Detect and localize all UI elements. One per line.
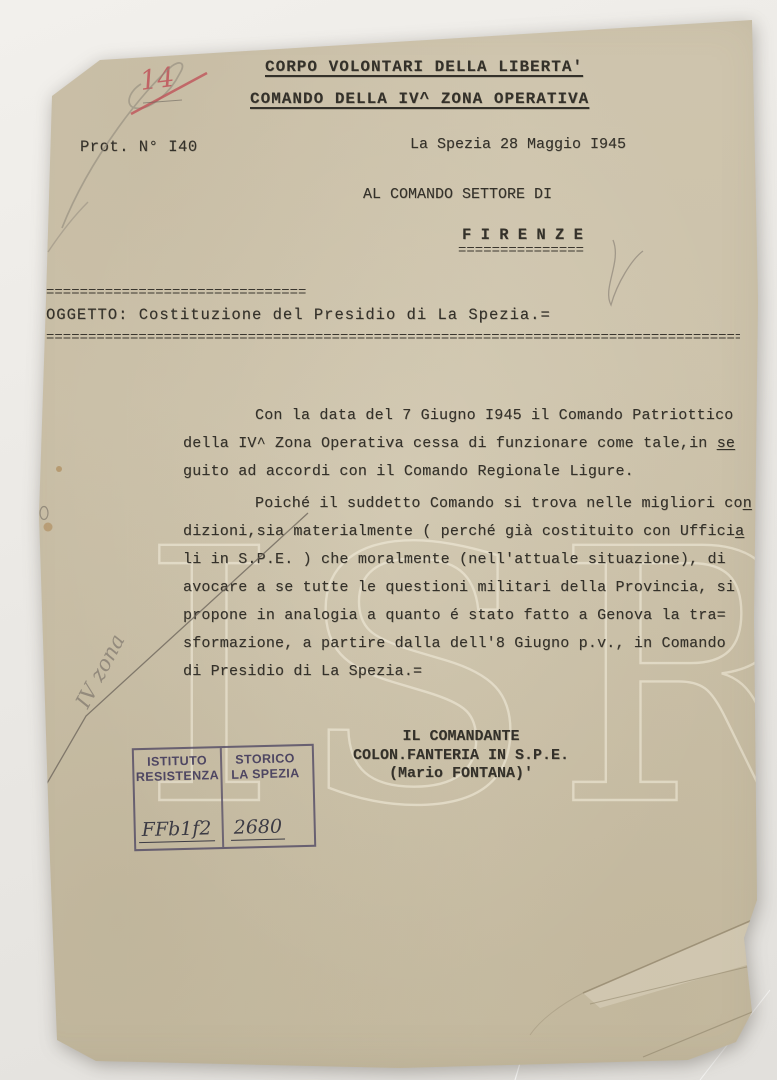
scanned-document-page: ISR CORPO VOLONTARI DELLA LIBERTA' COMAN…	[0, 0, 777, 1080]
pencil-oval-mark	[40, 507, 48, 520]
pencil-scribble	[62, 63, 182, 228]
foxing-spot	[56, 466, 62, 472]
pencil-check-mark	[609, 240, 643, 305]
paper-sheet-wrapper: ISR CORPO VOLONTARI DELLA LIBERTA' COMAN…	[0, 0, 777, 1080]
fold-crease	[643, 1010, 757, 1057]
paper-sheet: ISR CORPO VOLONTARI DELLA LIBERTA' COMAN…	[0, 0, 777, 1080]
red-pencil-slash	[131, 73, 207, 114]
pencil-diagonal-line	[42, 513, 308, 792]
pencil-annotations	[0, 0, 777, 1080]
fold-flap	[583, 918, 757, 1008]
foxing-spot	[44, 523, 53, 532]
